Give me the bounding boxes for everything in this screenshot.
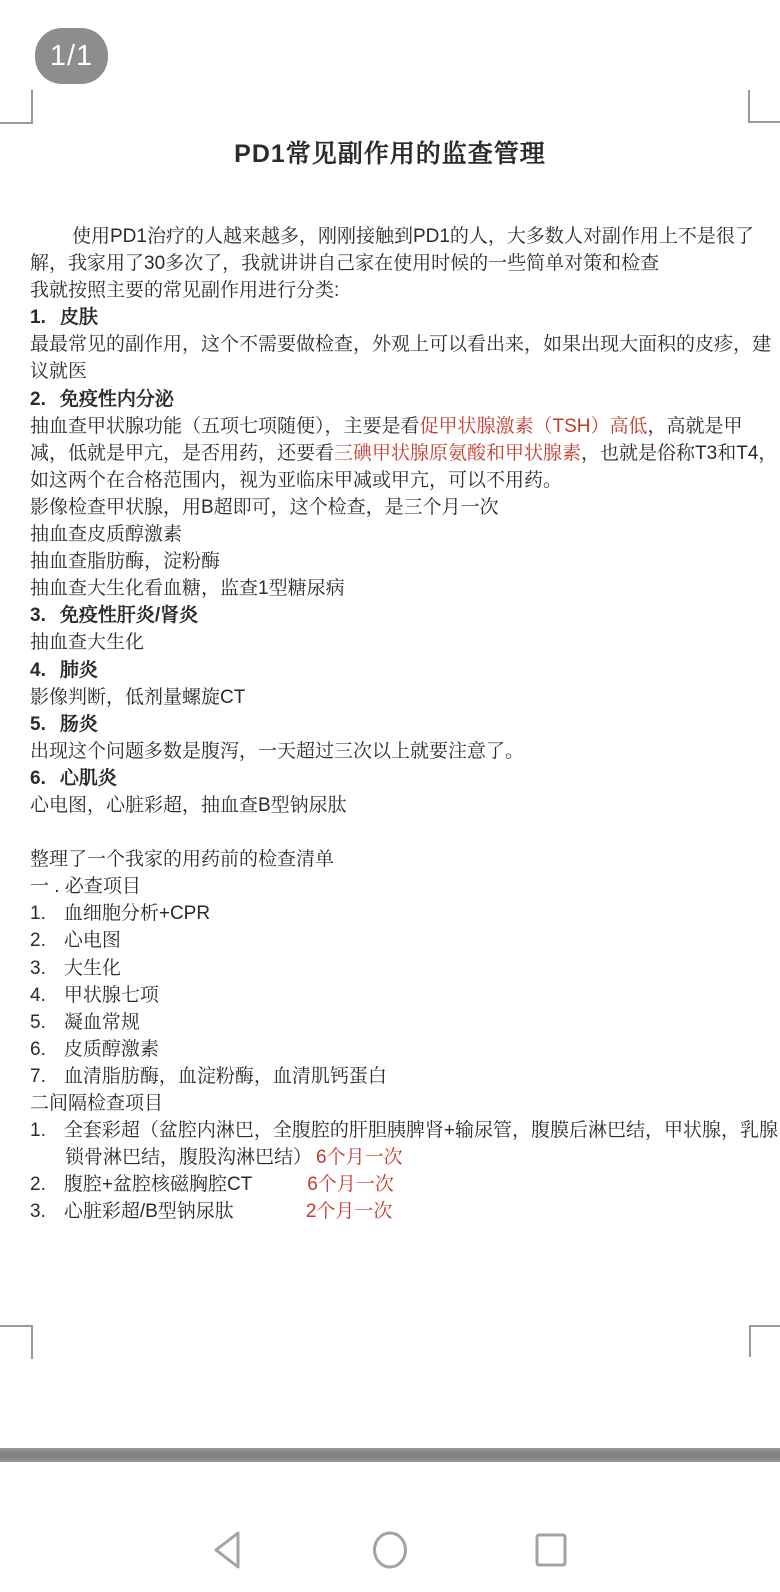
doc-line: 3.心脏彩超/B型钠尿肽2个月一次 bbox=[30, 1198, 778, 1225]
doc-line: 3.免疫性肝炎/肾炎 bbox=[30, 602, 778, 629]
doc-line bbox=[30, 819, 778, 846]
crop-corner-bottom-right-icon bbox=[749, 1325, 780, 1357]
doc-line: 议就医 bbox=[30, 358, 778, 385]
doc-line: 影像判断，低剂量螺旋CT bbox=[30, 684, 778, 711]
doc-line: 2.免疫性内分泌 bbox=[30, 386, 778, 413]
doc-line: 抽血查甲状腺功能（五项七项随便），主要是看促甲状腺激素（TSH）高低，高就是甲 bbox=[30, 413, 778, 440]
document-body: 使用PD1治疗的人越来越多，刚刚接触到PD1的人，大多数人对副作用上不是很了解，… bbox=[30, 223, 778, 1225]
doc-line: 我就按照主要的常见副作用进行分类: bbox=[30, 277, 778, 304]
doc-line: 使用PD1治疗的人越来越多，刚刚接触到PD1的人，大多数人对副作用上不是很了 bbox=[30, 223, 778, 250]
nav-home-button[interactable] bbox=[360, 1521, 420, 1581]
doc-line: 6.心肌炎 bbox=[30, 765, 778, 792]
doc-line: 最最常见的副作用，这个不需要做检查，外观上可以看出来，如果出现大面积的皮疹，建 bbox=[30, 331, 778, 358]
doc-line: 6.皮质醇激素 bbox=[30, 1036, 778, 1063]
doc-line: 抽血查大生化 bbox=[30, 629, 778, 656]
recents-icon bbox=[534, 1531, 568, 1572]
home-icon bbox=[370, 1529, 410, 1574]
doc-line: 整理了一个我家的用药前的检查清单 bbox=[30, 846, 778, 873]
doc-line: 2.心电图 bbox=[30, 927, 778, 954]
doc-line: 5.肠炎 bbox=[30, 711, 778, 738]
doc-line: 1.全套彩超（盆腔内淋巴，全腹腔的肝胆胰脾肾+输尿管，腹膜后淋巴结，甲状腺，乳腺… bbox=[30, 1117, 778, 1144]
document-title: PD1常见副作用的监查管理 bbox=[0, 134, 780, 170]
doc-line: 二间隔检查项目 bbox=[30, 1090, 778, 1117]
navbar-divider bbox=[0, 1448, 780, 1462]
doc-line: 影像检查甲状腺，用B超即可，这个检查，是三个月一次 bbox=[30, 494, 778, 521]
doc-line: 1.血细胞分析+CPR bbox=[30, 900, 778, 927]
doc-line: 一 . 必查项目 bbox=[30, 873, 778, 900]
crop-corner-bottom-left-icon bbox=[0, 1325, 33, 1359]
doc-line: 解，我家用了30多次了，我就讲讲自己家在使用时候的一些简单对策和检查 bbox=[30, 250, 778, 277]
doc-line: 4.甲状腺七项 bbox=[30, 982, 778, 1009]
doc-line: 抽血查大生化看血糖，监查1型糖尿病 bbox=[30, 575, 778, 602]
doc-line: 如这两个在合格范围内，视为亚临床甲减或甲亢，可以不用药。 bbox=[30, 467, 778, 494]
doc-line: 减，低就是甲亢，是否用药，还要看三碘甲状腺原氨酸和甲状腺素，也就是俗称T3和T4… bbox=[30, 440, 778, 467]
doc-line: 3.大生化 bbox=[30, 955, 778, 982]
doc-line: 7.血清脂肪酶，血淀粉酶，血清肌钙蛋白 bbox=[30, 1063, 778, 1090]
doc-line: 锁骨淋巴结，腹股沟淋巴结）6个月一次 bbox=[30, 1144, 778, 1171]
page-indicator-badge: 1/1 bbox=[35, 28, 108, 84]
android-navbar bbox=[0, 1462, 780, 1592]
nav-back-button[interactable] bbox=[197, 1521, 257, 1581]
crop-corner-top-right-icon bbox=[748, 90, 780, 123]
doc-line: 心电图，心脏彩超，抽血查B型钠尿肽 bbox=[30, 792, 778, 819]
back-icon bbox=[210, 1529, 244, 1574]
doc-line: 抽血查皮质醇激素 bbox=[30, 521, 778, 548]
crop-corner-top-left-icon bbox=[0, 90, 33, 124]
nav-recents-button[interactable] bbox=[521, 1521, 581, 1581]
doc-line: 4.肺炎 bbox=[30, 657, 778, 684]
document-scan-screen: 1/1 PD1常见副作用的监查管理 使用PD1治疗的人越来越多，刚刚接触到PD1… bbox=[0, 0, 780, 1592]
doc-line: 1.皮肤 bbox=[30, 304, 778, 331]
doc-line: 2.腹腔+盆腔核磁胸腔CT6个月一次 bbox=[30, 1171, 778, 1198]
doc-line: 5.凝血常规 bbox=[30, 1009, 778, 1036]
doc-line: 抽血查脂肪酶，淀粉酶 bbox=[30, 548, 778, 575]
doc-line: 出现这个问题多数是腹泻，一天超过三次以上就要注意了。 bbox=[30, 738, 778, 765]
